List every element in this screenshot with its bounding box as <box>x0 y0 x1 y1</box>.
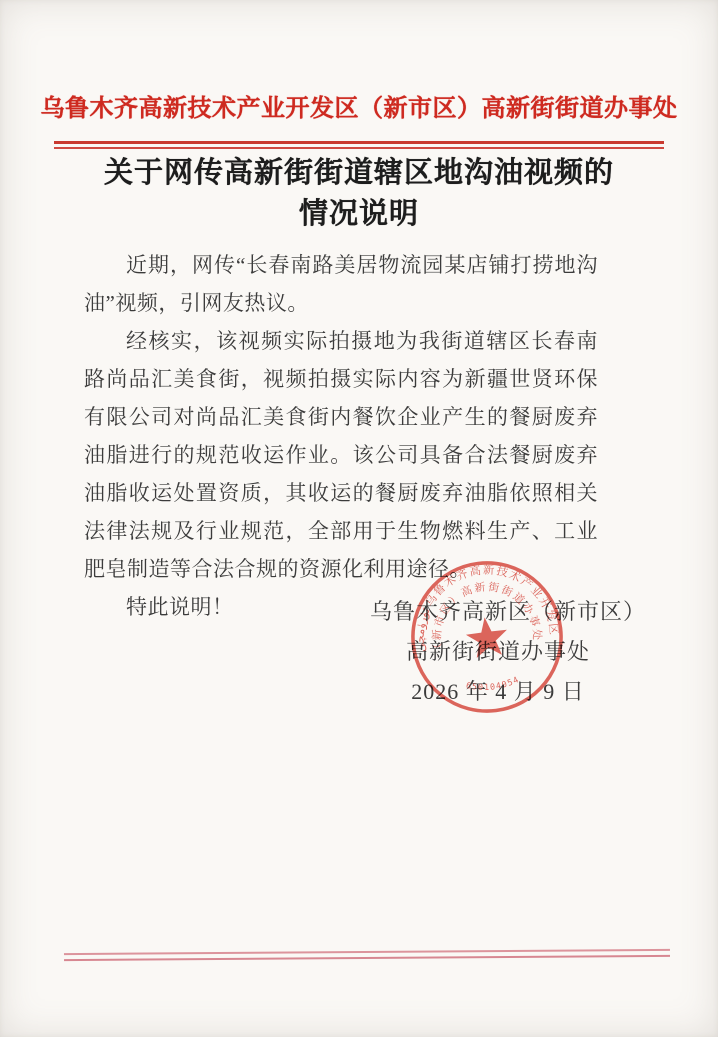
header-divider-thin-line <box>54 147 664 149</box>
document-body: 近期，网传“长春南路美居物流园某店铺打捞地沟油”视频，引网友热议。 经核实，该视… <box>84 246 598 626</box>
body-paragraph-1: 近期，网传“长春南路美居物流园某店铺打捞地沟油”视频，引网友热议。 <box>84 246 598 322</box>
footer-divider-double-line <box>64 949 670 961</box>
body-paragraph-2: 经核实，该视频实际拍摄地为我街道辖区长春南路尚品汇美食街，视频拍摄实际内容为新疆… <box>84 322 598 588</box>
document-title-line1: 关于网传高新街街道辖区地沟油视频的 <box>40 153 678 194</box>
signature-date: 2026 年 4 月 9 日 <box>370 672 626 712</box>
document-title: 关于网传高新街街道辖区地沟油视频的 情况说明 <box>40 153 678 235</box>
signature-org-line1: 乌鲁木齐高新区（新市区） <box>370 592 626 632</box>
letterhead-title: 乌鲁木齐高新技术产业开发区（新市区）高新街街道办事处 <box>20 88 698 123</box>
header-divider-double-line <box>54 141 664 149</box>
scanned-official-document: 乌鲁木齐高新技术产业开发区（新市区）高新街街道办事处 关于网传高新街街道辖区地沟… <box>0 0 718 1037</box>
signature-block: 乌鲁木齐高新区（新市区） 高新街街道办事处 2026 年 4 月 9 日 <box>370 592 626 712</box>
document-title-line2: 情况说明 <box>40 194 678 235</box>
signature-org-line2: 高新街街道办事处 <box>370 632 626 672</box>
